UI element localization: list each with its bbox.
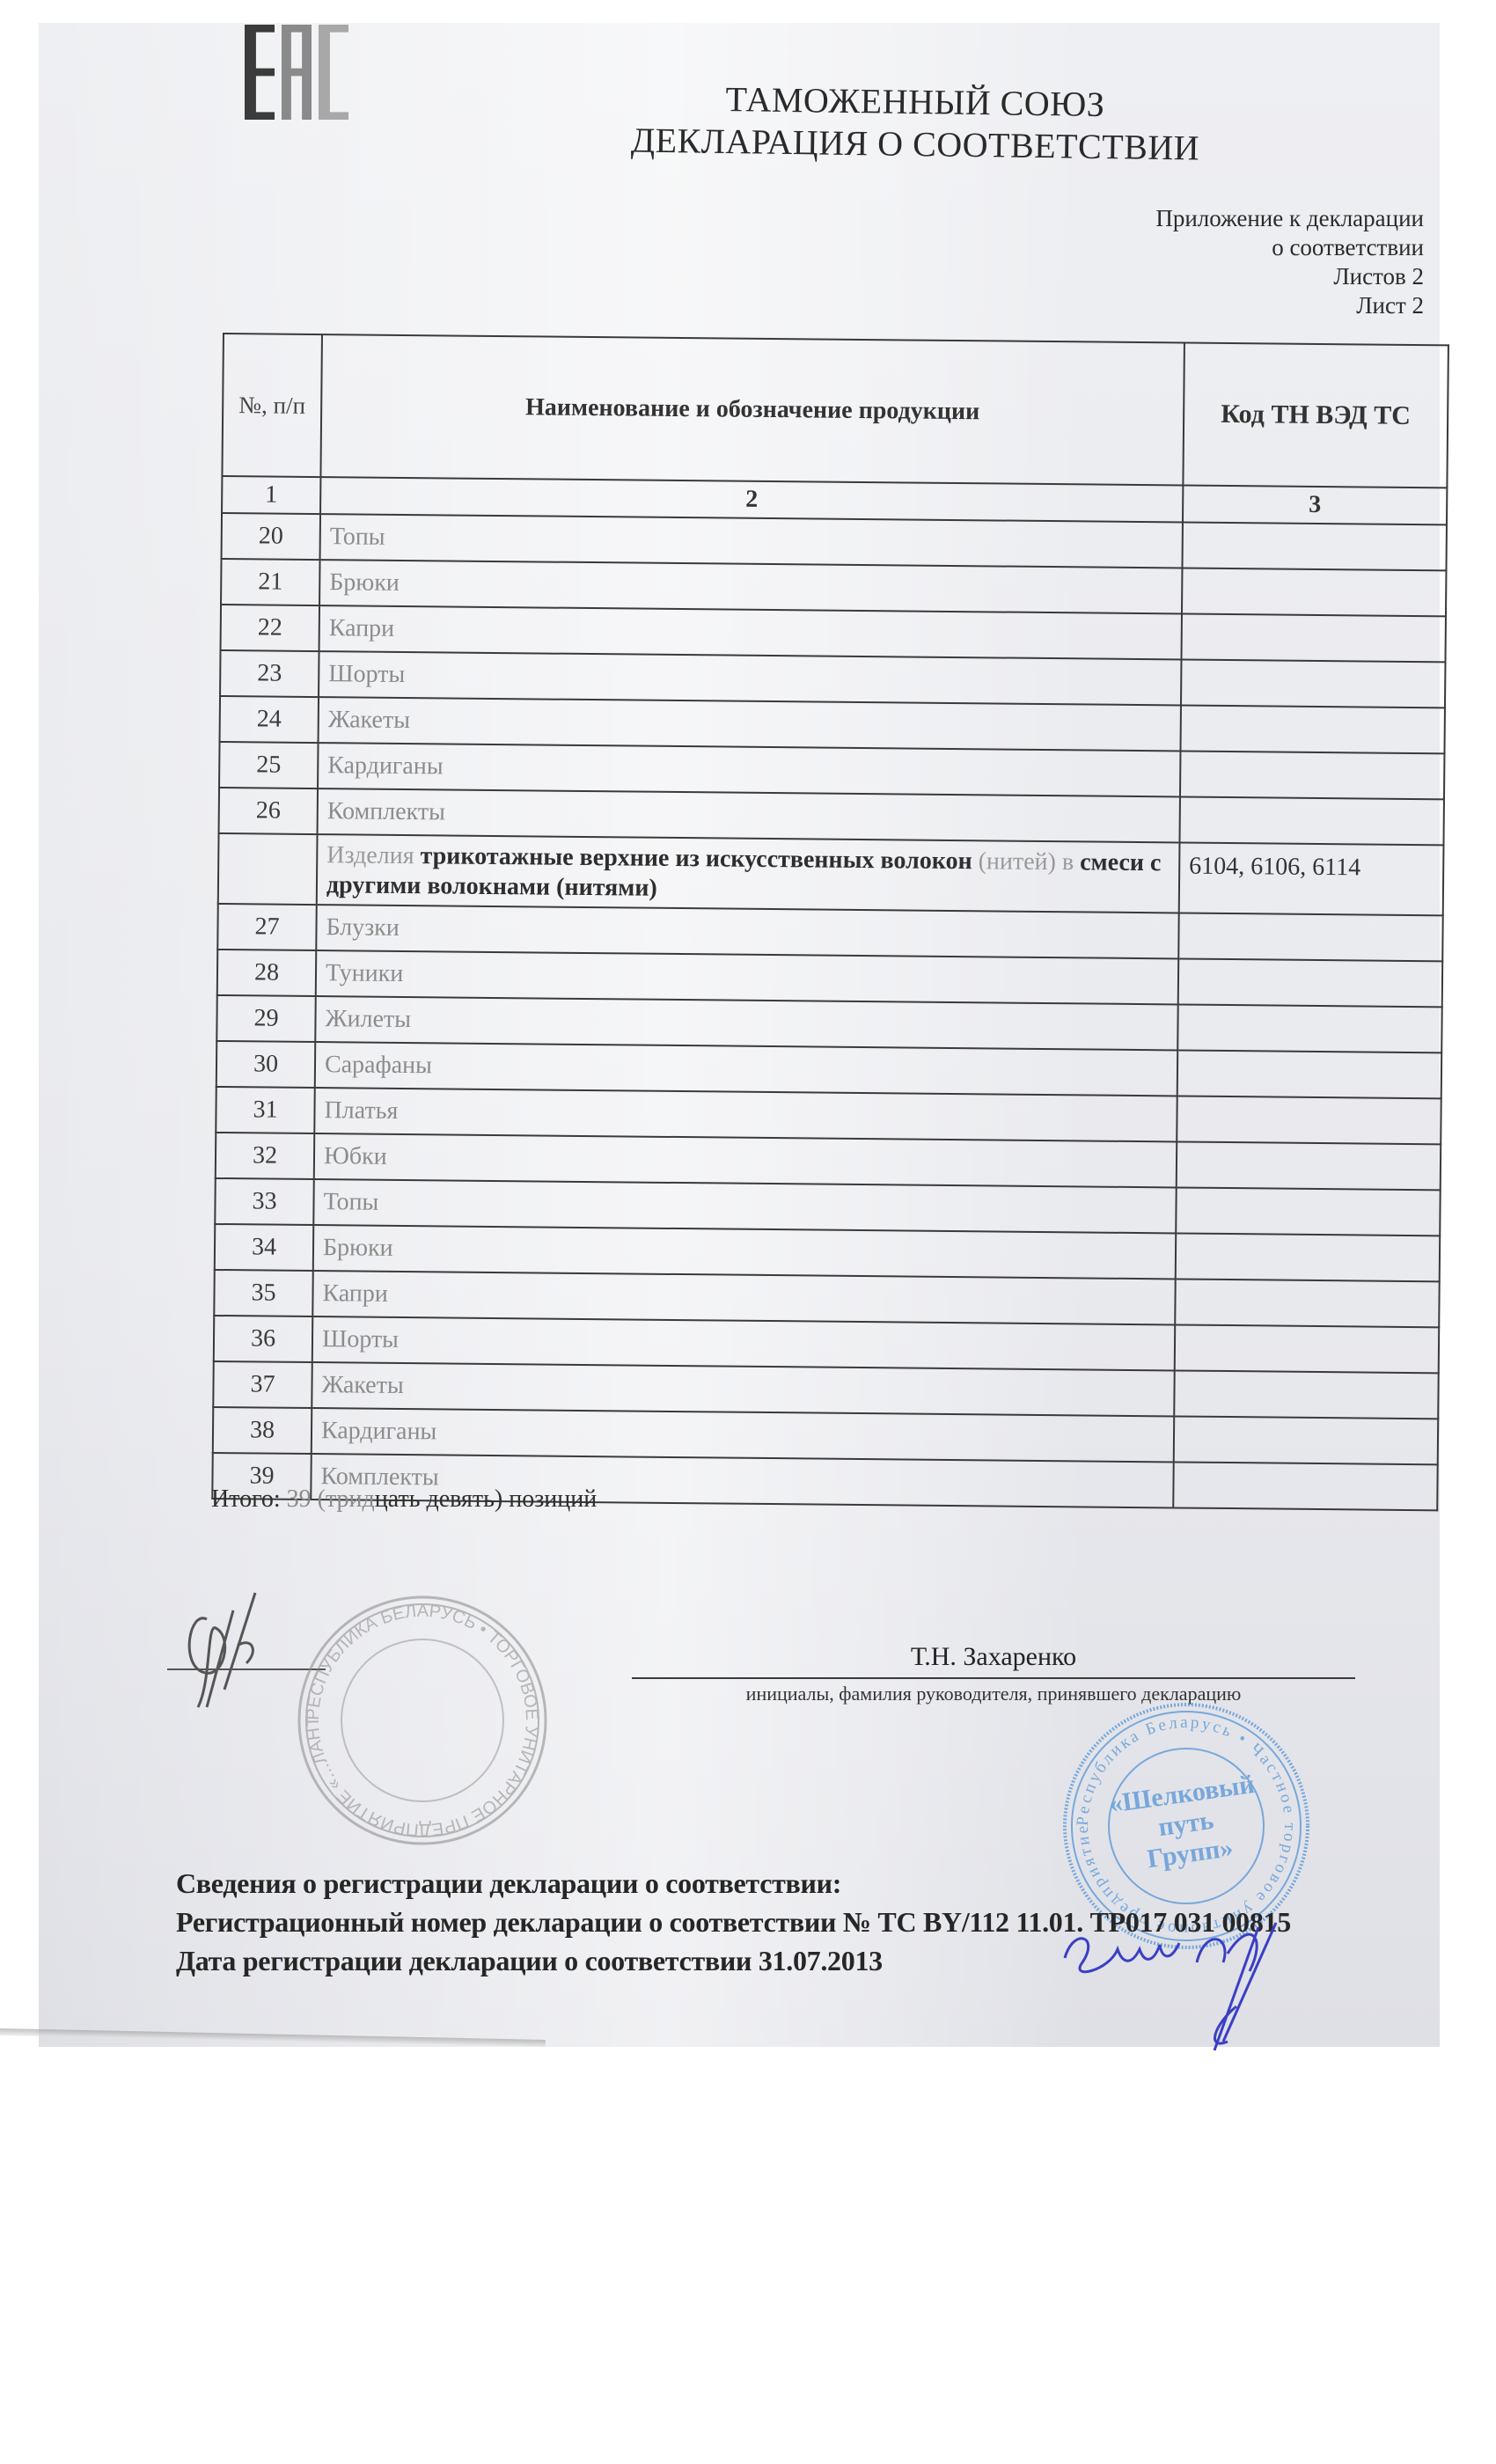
product-name: Блузки [316, 905, 1178, 958]
product-code [1179, 796, 1443, 845]
row-number: 24 [220, 696, 319, 743]
product-code [1177, 1004, 1441, 1052]
svg-text:Групп»: Групп» [1146, 1833, 1236, 1874]
row-number: 34 [215, 1224, 313, 1271]
product-code [1178, 958, 1442, 1007]
row-number: 35 [214, 1270, 312, 1316]
row-number: 21 [221, 559, 319, 605]
appendix-line1: Приложение к декларации [1155, 204, 1424, 233]
product-code [1177, 1096, 1441, 1144]
product-name: Шорты [319, 651, 1181, 705]
product-name: Шорты [312, 1316, 1175, 1370]
row-number: 20 [222, 513, 320, 560]
appendix-note: Приложение к декларации о соответствии Л… [1155, 204, 1424, 320]
product-name: Комплекты [318, 788, 1180, 842]
row-number: 36 [214, 1316, 312, 1362]
product-code [1182, 522, 1446, 570]
product-name: Кардиганы [318, 743, 1180, 796]
product-group-row: Изделия трикотажные верхние из искусстве… [218, 833, 1444, 915]
appendix-line2: о соответствии [1155, 233, 1424, 262]
product-name: Брюки [319, 560, 1182, 613]
row-number: 29 [216, 995, 315, 1042]
sheet-number: Лист 2 [1155, 291, 1424, 320]
registration-date: Дата регистрации декларации о соответств… [176, 1945, 883, 1977]
product-group-name: Изделия трикотажные верхние из искусстве… [317, 834, 1180, 913]
product-code [1175, 1324, 1439, 1373]
product-name: Жакеты [312, 1362, 1174, 1416]
col-header-number: №, п/п [222, 334, 322, 477]
product-name: Жилеты [315, 996, 1177, 1050]
sheets-total: Листов 2 [1155, 262, 1424, 291]
row-number: 22 [221, 605, 319, 651]
product-table: №, п/п Наименование и обозначение продук… [211, 333, 1449, 1511]
product-code [1174, 1416, 1438, 1464]
col-header-code: Код ТН ВЭД ТС [1183, 342, 1448, 488]
product-code [1178, 913, 1442, 961]
row-number: 31 [216, 1087, 314, 1133]
product-code [1182, 568, 1446, 616]
product-name: Платья [314, 1088, 1177, 1141]
product-code [1177, 1141, 1441, 1190]
head-name: Т.Н. Захаренко [632, 1642, 1355, 1672]
product-name: Топы [320, 514, 1183, 568]
product-code [1180, 705, 1444, 753]
product-code [1181, 613, 1445, 662]
product-name: Сарафаны [315, 1042, 1177, 1096]
product-code [1176, 1233, 1440, 1281]
row-number: 37 [213, 1361, 312, 1408]
product-group-code: 6104, 6106, 6114 [1179, 842, 1444, 915]
row-number: 38 [213, 1407, 312, 1454]
product-code [1173, 1462, 1437, 1510]
row-number: 23 [220, 650, 319, 697]
row-number: 33 [215, 1178, 313, 1225]
row-number: 25 [219, 742, 318, 788]
company-stamp-grey-icon: РЕСПУБЛИКА БЕЛАРУСЬ • ТОРГОВОЕ УНИТАРНОЕ… [290, 1588, 554, 1852]
head-name-line [632, 1677, 1355, 1679]
row-number: 32 [216, 1133, 314, 1179]
registration-heading: Сведения о регистрации декларации о соот… [176, 1867, 841, 1900]
col-number-1: 1 [222, 476, 320, 514]
total-positions: Итого: 39 (тридцать девять) позиций [211, 1485, 597, 1514]
product-name: Брюки [313, 1225, 1176, 1279]
eac-mark-icon [245, 25, 348, 120]
product-name: Жакеты [319, 697, 1181, 751]
col-header-name: Наименование и обозначение продукции [320, 334, 1184, 485]
product-name: Туники [316, 950, 1178, 1004]
row-number: 30 [216, 1041, 315, 1088]
registrar-signature-icon [1047, 1910, 1329, 2059]
col-number-3: 3 [1183, 485, 1447, 524]
product-code [1176, 1187, 1440, 1236]
product-code [1174, 1370, 1438, 1419]
manager-signature-icon [172, 1584, 295, 1716]
product-code [1175, 1279, 1439, 1327]
product-name: Кардиганы [312, 1408, 1174, 1462]
product-name: Юбки [314, 1133, 1177, 1187]
product-code [1180, 751, 1444, 799]
row-number: 28 [217, 950, 316, 996]
product-name: Капри [319, 605, 1182, 659]
product-name: Капри [312, 1271, 1175, 1324]
product-code [1177, 1050, 1441, 1098]
product-code [1181, 659, 1445, 708]
product-name: Топы [313, 1179, 1176, 1233]
row-number: 26 [219, 788, 318, 834]
row-number: 27 [217, 904, 316, 950]
